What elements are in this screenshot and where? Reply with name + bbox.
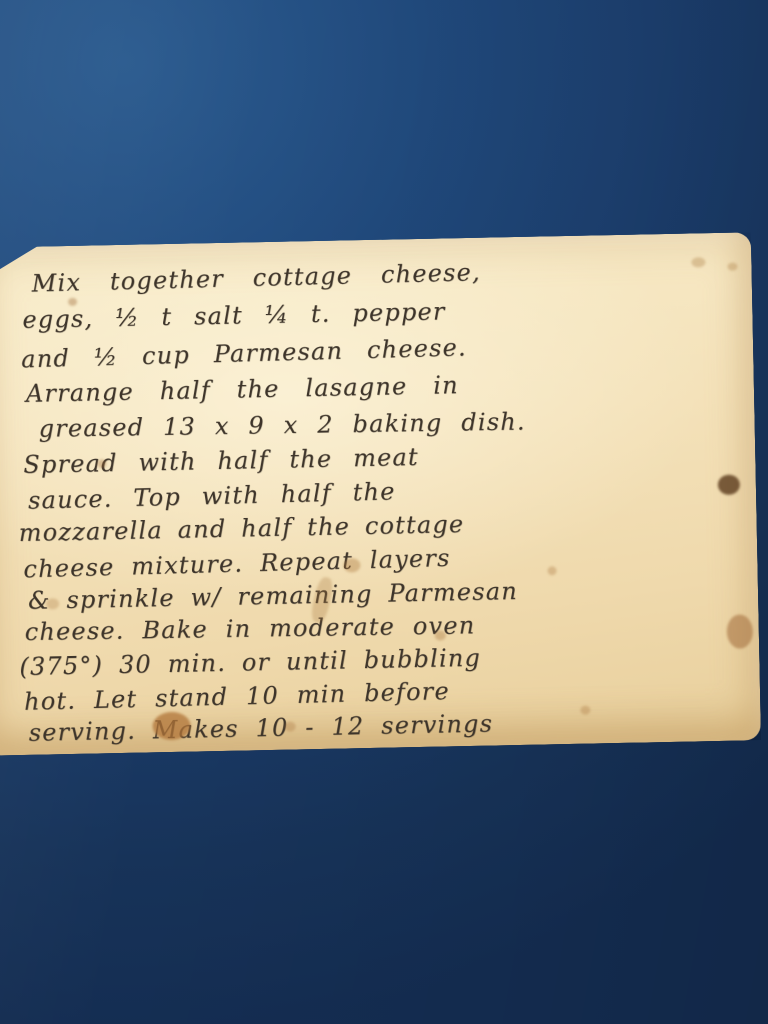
photo-background: Mix together cottage cheese, eggs, ½ t s… xyxy=(0,0,768,1024)
recipe-card: Mix together cottage cheese, eggs, ½ t s… xyxy=(0,232,761,755)
handwritten-text-block: Mix together cottage cheese, eggs, ½ t s… xyxy=(0,232,761,750)
